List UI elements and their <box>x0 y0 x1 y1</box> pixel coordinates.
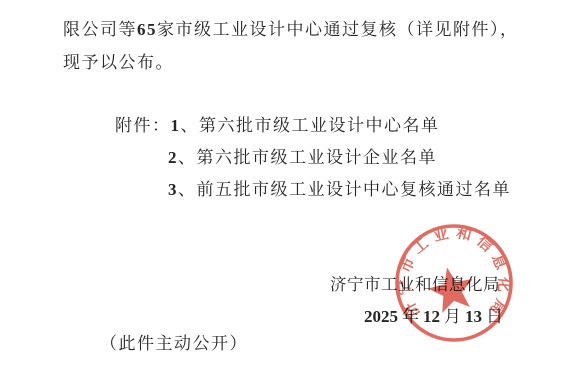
body-paragraph-line2: 现予以公布。 <box>63 48 174 73</box>
signature-date: 2025年12月13日 <box>362 302 505 327</box>
disclosure-note: （此件主动公开） <box>100 329 248 354</box>
attachment-number: 3 <box>168 180 178 199</box>
date-year: 2025 <box>364 307 398 326</box>
body-text: 家市级工业设计中心通过复核（详见附件）， <box>157 20 519 39</box>
attachment-number: 2 <box>168 148 178 167</box>
count-number: 65 <box>137 20 157 39</box>
document-page: 限公司等65家市级工业设计中心通过复核（详见附件）， 现予以公布。 附件：1、第… <box>0 0 583 376</box>
attachment-number: 1 <box>171 116 181 135</box>
organization-name: 济宁市工业和信息化局 <box>330 275 500 294</box>
attachment-separator: 、 <box>178 148 197 167</box>
date-day: 13 <box>465 307 482 326</box>
date-year-label: 年 <box>402 307 419 326</box>
date-month-label: 月 <box>444 307 461 326</box>
attachment-line-2: 2、第六批市级工业设计企业名单 <box>168 143 437 168</box>
signature-organization: 济宁市工业和信息化局 <box>330 271 500 295</box>
attachment-separator: 、 <box>181 116 200 135</box>
disclosure-note-text: （此件主动公开） <box>100 334 248 353</box>
attachment-title: 第六批市级工业设计企业名单 <box>197 148 438 167</box>
attachment-line-1: 附件：1、第六批市级工业设计中心名单 <box>115 111 440 136</box>
attachment-separator: 、 <box>178 180 197 199</box>
body-text: 现予以公布。 <box>63 53 174 72</box>
attachment-line-3: 3、前五批市级工业设计中心复核通过名单 <box>168 175 511 200</box>
attachment-title: 第六批市级工业设计中心名单 <box>199 116 440 135</box>
date-month: 12 <box>423 307 440 326</box>
attachment-title: 前五批市级工业设计中心复核通过名单 <box>197 180 512 199</box>
body-paragraph-line1: 限公司等65家市级工业设计中心通过复核（详见附件）， <box>63 15 519 40</box>
attachment-label: 附件： <box>115 116 171 135</box>
date-day-label: 日 <box>486 307 503 326</box>
body-text: 限公司等 <box>63 20 137 39</box>
